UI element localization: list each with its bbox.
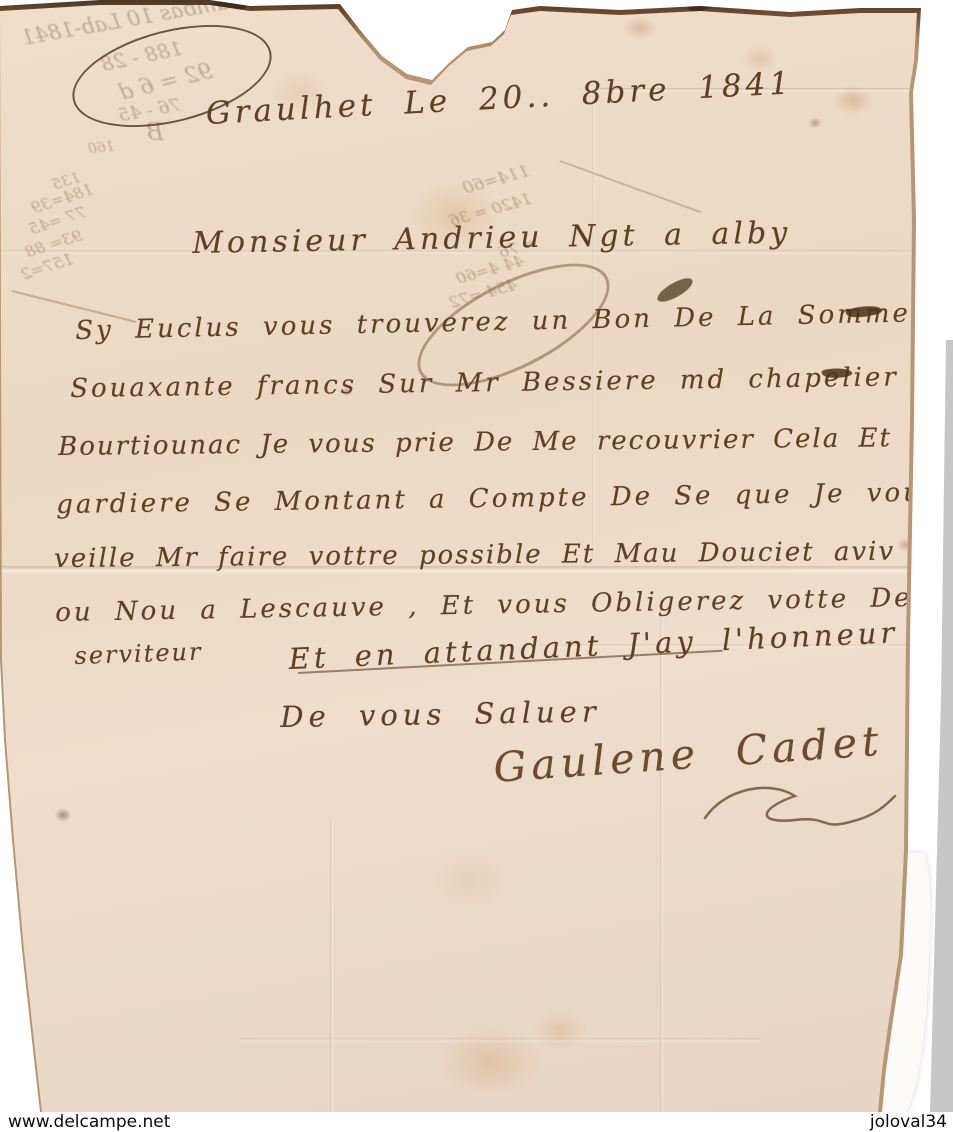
scanned-letter-photo: ambas 10 Lab-1841 188 - 28 92 = 6 d 76 -… <box>0 0 953 1132</box>
body-line: gardiere Se Montant a Compte De Se que J… <box>56 476 953 520</box>
body-line: Souaxante francs Sur Mr Bessiere md chap… <box>70 362 939 404</box>
ink-blot <box>654 274 696 306</box>
delcampe-watermark: www.delcampe.net <box>8 1112 170 1132</box>
bleed-through-text: 160 <box>87 139 115 158</box>
fold-crease <box>330 820 334 1112</box>
seller-watermark: joloval34 <box>870 1112 947 1132</box>
closing-line: De vous Saluer <box>280 694 601 734</box>
letter-paper: ambas 10 Lab-1841 188 - 28 92 = 6 d 76 -… <box>0 0 953 1132</box>
fold-crease <box>660 600 664 1112</box>
fold-crease <box>240 1038 760 1043</box>
body-line: Bourtiounac Je vous prie De Me recouvrie… <box>58 422 953 462</box>
watermark-bar: www.delcampe.net joloval34 <box>0 1112 953 1132</box>
signature-flourish <box>700 778 900 834</box>
bleed-through-rule <box>559 160 701 213</box>
closing-word: serviteur <box>74 638 203 670</box>
letter-dateline: Graulhet Le 20.. 8bre 1841 <box>205 65 794 132</box>
